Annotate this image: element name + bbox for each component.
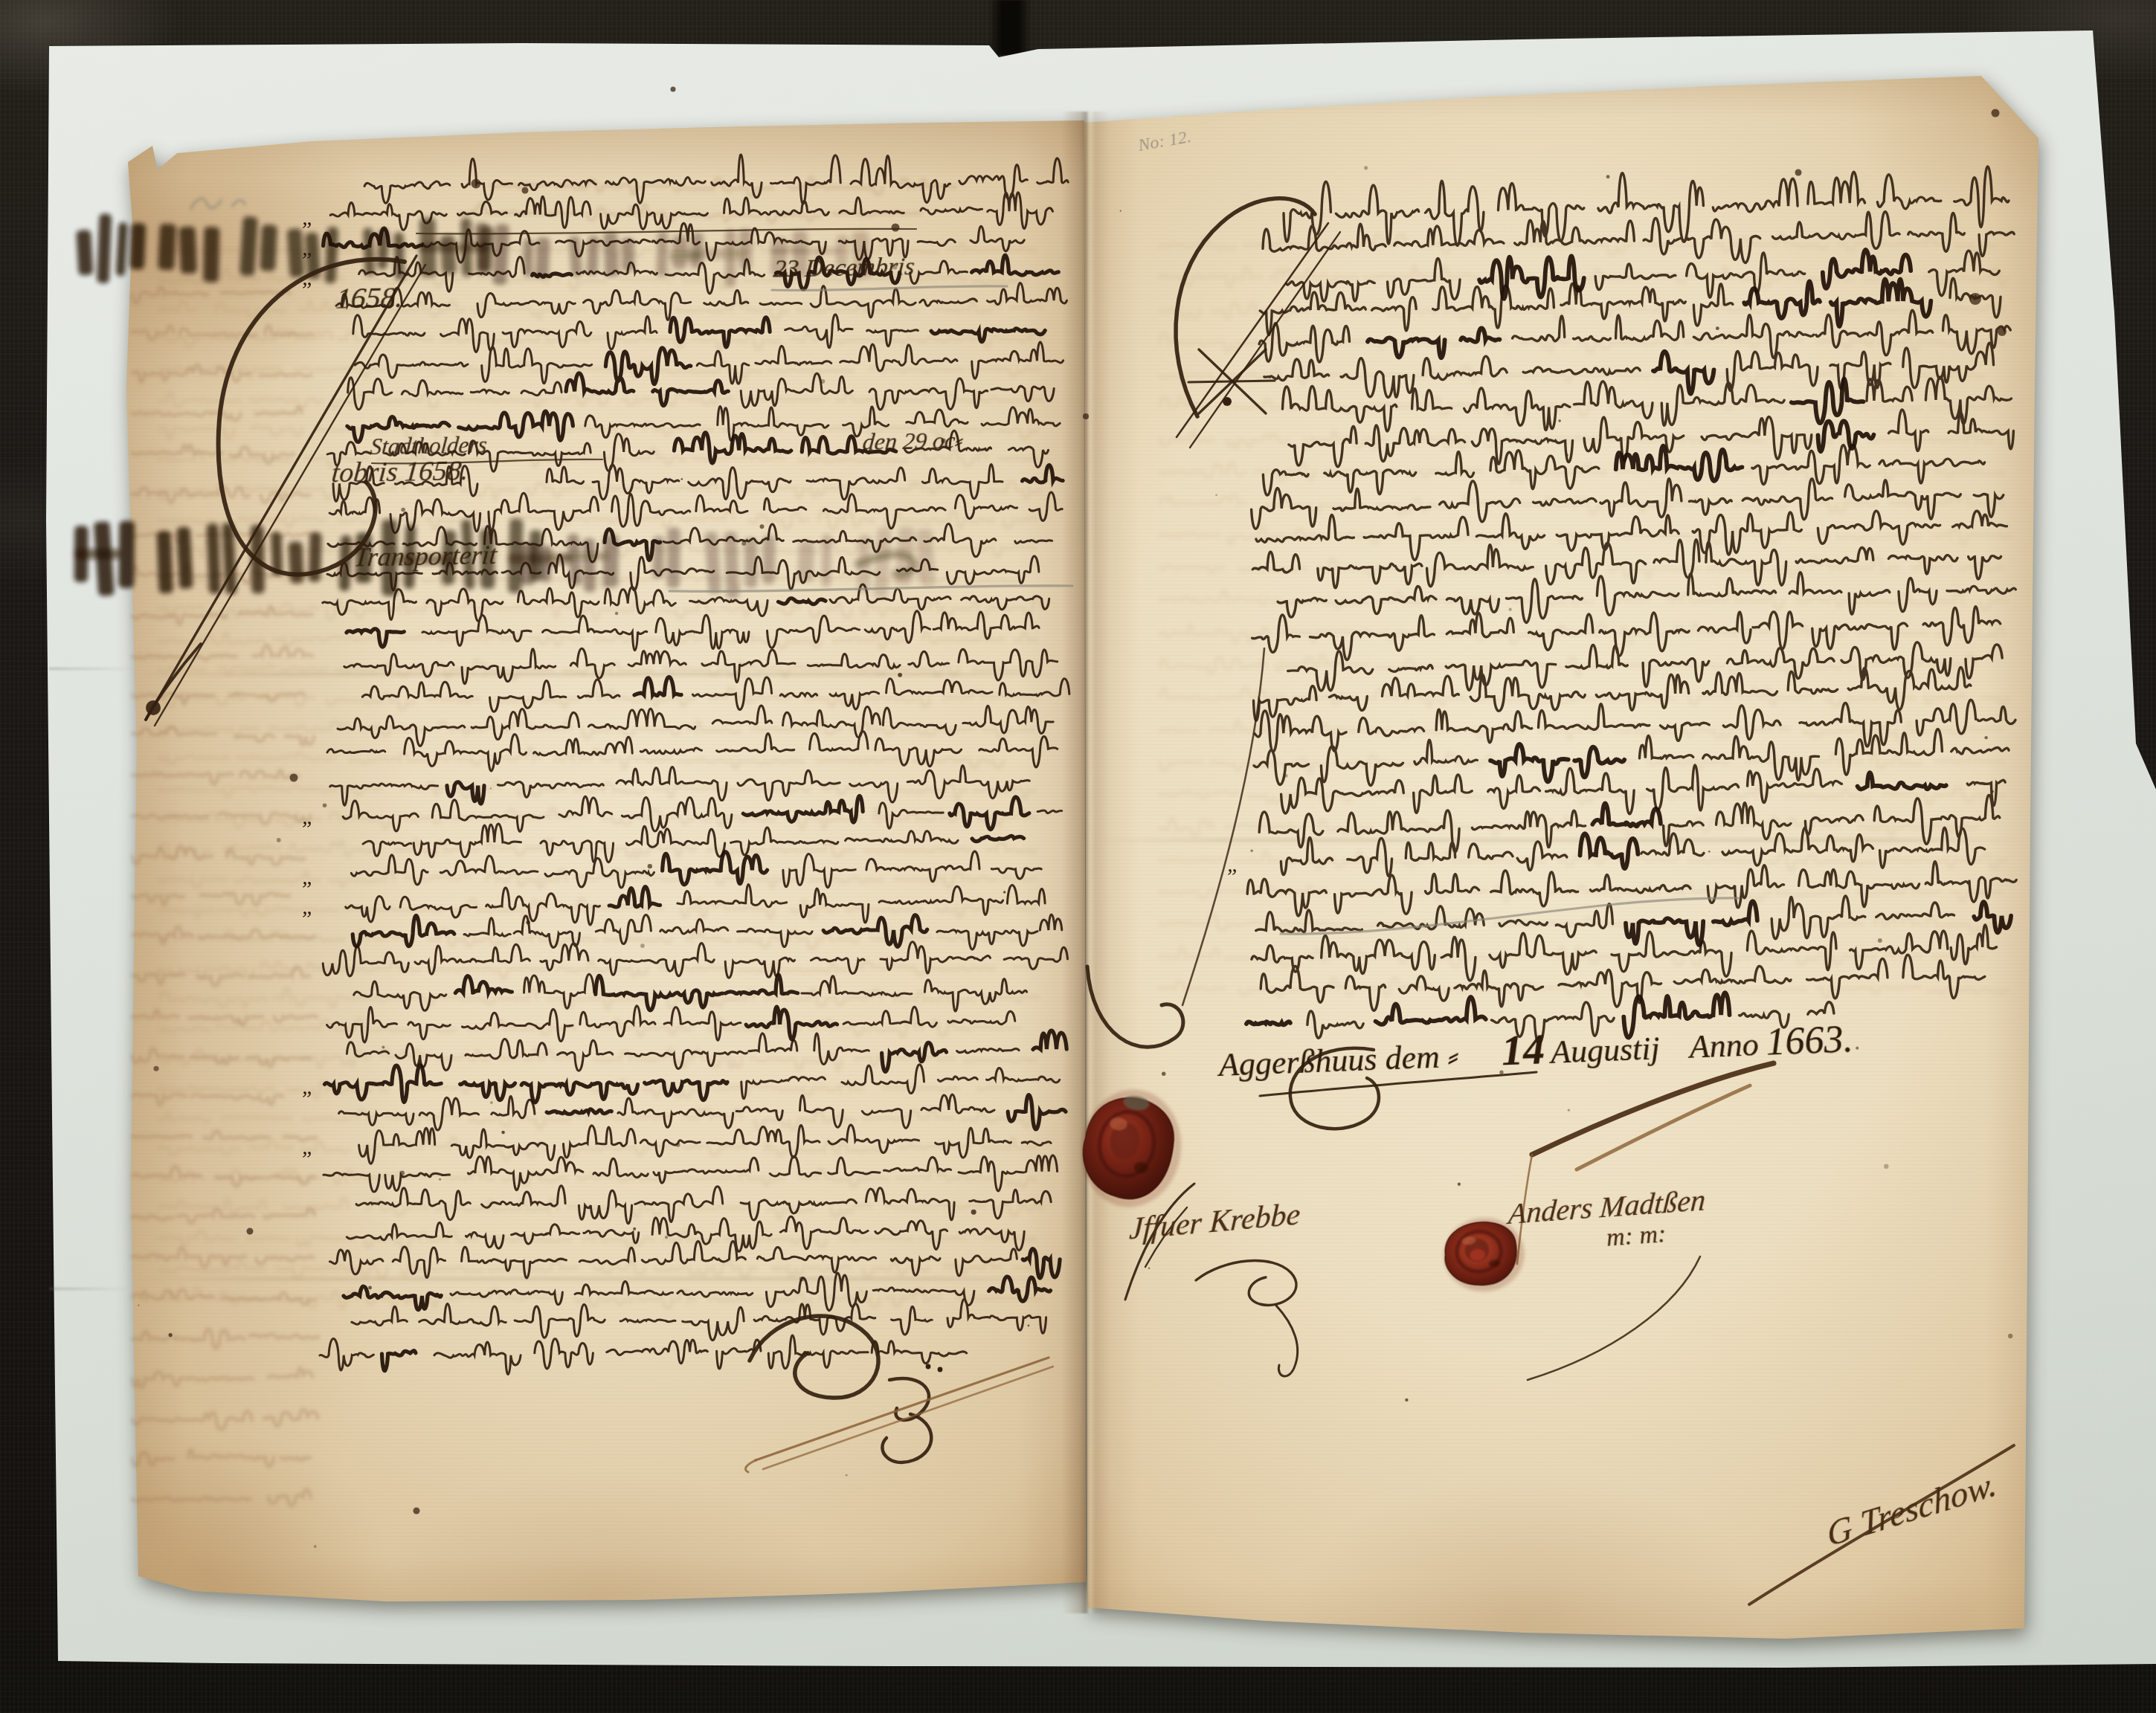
legible-fragment: 1658. xyxy=(335,283,404,314)
dateline-year: 1663. xyxy=(1765,1017,1853,1064)
legible-fragment: Transporterit xyxy=(353,541,498,570)
signature-treschow: G Treschow. xyxy=(1825,1462,1999,1555)
dateline-anno: Anno xyxy=(1689,1025,1760,1066)
legible-fragment: den 29 oc⸗ xyxy=(862,428,965,454)
dateline: Aggerßhuus dem ⸗14AugustijAnno1663. xyxy=(1217,1012,1853,1086)
signature-left: Jffuer Krebbe xyxy=(1128,1197,1301,1248)
legible-text-layer: No: 12. Aggerßhuus dem ⸗14AugustijAnno16… xyxy=(0,0,2156,1713)
signature-right-subscript: m: m: xyxy=(1606,1220,1667,1253)
legible-fragment: Stadtholders xyxy=(370,433,488,458)
archival-photo: „„„„„„„„„ No: 12. Aggerßhuus dem ⸗14Augu… xyxy=(0,0,2156,1713)
dateline-place: Aggerßhuus dem ⸗ xyxy=(1218,1037,1459,1084)
legible-fragment: tobris 1658. xyxy=(330,457,469,488)
legible-fragment: 23 Decembris xyxy=(773,255,916,283)
dateline-day: 14 xyxy=(1501,1024,1546,1075)
dateline-month: Augustij xyxy=(1550,1029,1661,1071)
pencil-folio-number: No: 12. xyxy=(1136,128,1192,155)
